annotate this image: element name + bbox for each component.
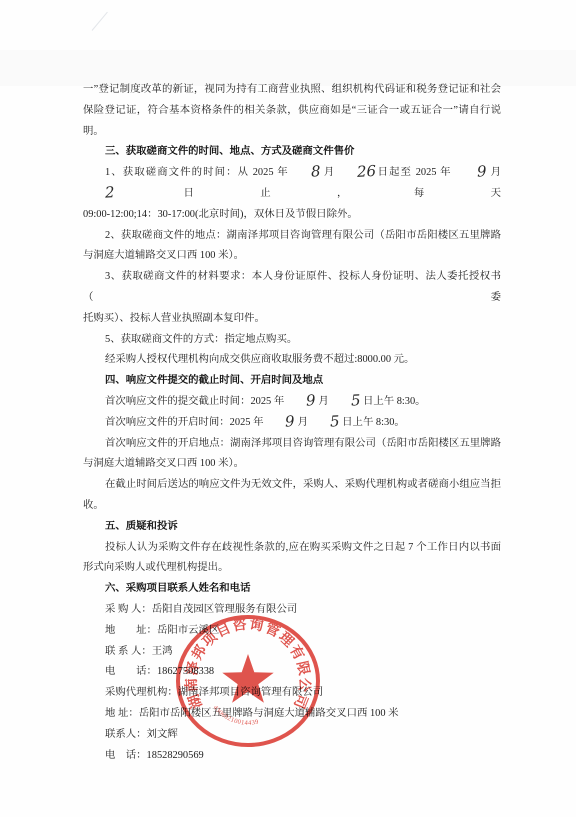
text-line: 首次响应文件的提交截止时间：2025 年9 月5 日上午 8:30。 bbox=[83, 392, 501, 413]
print-text: 日止，每天 bbox=[115, 188, 501, 199]
heading-line: 五、质疑和投诉 bbox=[83, 517, 501, 538]
print-text: 采 购 人：岳阳自茂园区管理服务有限公司 bbox=[105, 604, 297, 615]
print-text: 四、响应文件提交的截止时间、开启时间及地点 bbox=[105, 375, 323, 386]
print-text: 5、获取磋商文件的方式：指定地点购买。 bbox=[105, 334, 297, 345]
print-text: 地 址：岳阳市云溪区 bbox=[105, 625, 219, 636]
text-line: 电 话：18528290569 bbox=[83, 746, 501, 767]
print-text: 经采购人授权代理机构向成交供应商收取服务费不超过:8000.00 元。 bbox=[105, 354, 414, 365]
text-line: 5、获取磋商文件的方式：指定地点购买。 bbox=[83, 330, 501, 351]
text-line: 首次响应文件的开启地点：湖南泽邦项目咨询管理有限公司（岳阳市岳阳楼区五里牌路 bbox=[83, 434, 501, 455]
text-line: 一”登记制度改革的新证，视同为持有工商营业执照、组织机构代码证和税务登记证和社会 bbox=[83, 80, 501, 101]
print-text: 09:00-12:00;14：30-17:00(北京时间)，双休日及节假日除外。 bbox=[83, 209, 358, 220]
print-text: 形式向采购人或代理机构提出。 bbox=[83, 562, 228, 573]
print-text: 明。 bbox=[83, 126, 104, 137]
print-text: 投标人认为采购文件存在歧视性条款的,应在购买采购文件之日起 7 个工作日内以书面 bbox=[105, 542, 501, 553]
text-line: 保险登记证，符合基本资格条件的相关条款，供应商如是“三证合一或五证合一”请自行说 bbox=[83, 101, 501, 122]
print-text: 联系人：刘文辉 bbox=[105, 729, 178, 740]
text-line: 3、获取磋商文件的材料要求：本人身份证原件、投标人身份证明、法人委托授权书（委 bbox=[83, 267, 501, 309]
print-text: 首次响应文件的开启地点：湖南泽邦项目咨询管理有限公司（岳阳市岳阳楼区五里牌路 bbox=[105, 438, 501, 449]
handwritten-date: 5 bbox=[308, 416, 340, 428]
print-text: 日上午 8:30。 bbox=[340, 417, 405, 428]
text-line: 与洞庭大道辅路交叉口西 100 米）。 bbox=[83, 454, 501, 475]
text-line: 地 址：岳阳市岳阳楼区五里牌路与洞庭大道辅路交叉口西 100 米 bbox=[83, 704, 501, 725]
text-line: 09:00-12:00;14：30-17:00(北京时间)，双休日及节假日除外。 bbox=[83, 205, 501, 226]
print-text: 与洞庭大道辅路交叉口西 100 米）。 bbox=[83, 458, 244, 469]
text-line: 与洞庭大道辅路交叉口西 100 米）。 bbox=[83, 246, 501, 267]
print-text: 月 bbox=[295, 417, 308, 428]
handwritten-date: 5 bbox=[329, 395, 361, 407]
handwritten-date: 8 bbox=[288, 166, 320, 178]
text-line: 采 购 人：岳阳自茂园区管理服务有限公司 bbox=[83, 600, 501, 621]
print-text: 五、质疑和投诉 bbox=[105, 521, 178, 532]
heading-line: 三、获取磋商文件的时间、地点、方式及磋商文件售价 bbox=[83, 142, 501, 163]
print-text: 月 bbox=[320, 167, 335, 178]
print-text: 电 话：18627508338 bbox=[105, 666, 214, 677]
handwritten-date: 26 bbox=[335, 166, 377, 178]
handwritten-date: 9 bbox=[263, 416, 295, 428]
print-text: 1、获取磋商文件的时间：从 2025 年 bbox=[105, 167, 289, 178]
pen-mark bbox=[92, 12, 108, 31]
print-text: 一”登记制度改革的新证，视同为持有工商营业执照、组织机构代码证和税务登记证和社会 bbox=[83, 84, 501, 95]
print-text: 地 址：岳阳市岳阳楼区五里牌路与洞庭大道辅路交叉口西 100 米 bbox=[105, 708, 399, 719]
print-text: 托购买）、投标人营业执照副本复印件。 bbox=[83, 313, 265, 324]
text-line: 托购买）、投标人营业执照副本复印件。 bbox=[83, 309, 501, 330]
text-line: 经采购人授权代理机构向成交供应商收取服务费不超过:8000.00 元。 bbox=[83, 350, 501, 371]
print-text: 六、采购项目联系人姓名和电话 bbox=[105, 583, 250, 594]
text-line: 首次响应文件的开启时间：2025 年9 月5 日上午 8:30。 bbox=[83, 413, 501, 434]
print-text: 首次响应文件的提交截止时间：2025 年 bbox=[105, 396, 284, 407]
print-text: 收。 bbox=[83, 500, 104, 511]
text-line: 1、获取磋商文件的时间：从 2025 年8 月26日起至 2025 年 9 月 … bbox=[83, 163, 501, 205]
print-text: 月 bbox=[316, 396, 329, 407]
text-line: 采购代理机构：湖南泽邦项目咨询管理有限公司 bbox=[83, 683, 501, 704]
print-text: 电 话：18528290569 bbox=[105, 750, 204, 761]
handwritten-date: 9 bbox=[284, 395, 316, 407]
print-text: 与洞庭大道辅路交叉口西 100 米）。 bbox=[83, 250, 244, 261]
text-line: 2、获取磋商文件的地点：湖南泽邦项目咨询管理有限公司（岳阳市岳阳楼区五里牌路 bbox=[83, 226, 501, 247]
handwritten-date: 2 bbox=[83, 187, 115, 199]
text-line: 明。 bbox=[83, 122, 501, 143]
document-page: 一”登记制度改革的新证，视同为持有工商营业执照、组织机构代码证和税务登记证和社会… bbox=[0, 0, 576, 817]
text-line: 电 话：18627508338 bbox=[83, 662, 501, 683]
print-text: 3、获取磋商文件的材料要求：本人身份证原件、投标人身份证明、法人委托授权书（委 bbox=[83, 271, 501, 303]
print-text: 月 bbox=[487, 167, 504, 178]
print-text: 首次响应文件的开启时间：2025 年 bbox=[105, 417, 263, 428]
handwritten-date: 9 bbox=[455, 166, 487, 178]
text-line: 收。 bbox=[83, 496, 501, 517]
text-line: 联 系 人：王鸿 bbox=[83, 642, 501, 663]
text-line: 形式向采购人或代理机构提出。 bbox=[83, 558, 501, 579]
print-text: 在截止时间后送达的响应文件为无效文件，采购人、采购代理机构或者磋商小组应当拒 bbox=[105, 479, 501, 490]
text-line: 联系人：刘文辉 bbox=[83, 725, 501, 746]
text-line: 地 址：岳阳市云溪区 bbox=[83, 621, 501, 642]
print-text: 日起至 2025 年 bbox=[377, 167, 456, 178]
print-text: 2、获取磋商文件的地点：湖南泽邦项目咨询管理有限公司（岳阳市岳阳楼区五里牌路 bbox=[105, 230, 501, 241]
print-text: 保险登记证，符合基本资格条件的相关条款，供应商如是“三证合一或五证合一”请自行说 bbox=[83, 105, 501, 116]
print-text: 采购代理机构：湖南泽邦项目咨询管理有限公司 bbox=[105, 687, 323, 698]
heading-line: 四、响应文件提交的截止时间、开启时间及地点 bbox=[83, 371, 501, 392]
print-text: 三、获取磋商文件的时间、地点、方式及磋商文件售价 bbox=[105, 146, 354, 157]
heading-line: 六、采购项目联系人姓名和电话 bbox=[83, 579, 501, 600]
text-line: 投标人认为采购文件存在歧视性条款的,应在购买采购文件之日起 7 个工作日内以书面 bbox=[83, 538, 501, 559]
print-text: 日上午 8:30。 bbox=[360, 396, 425, 407]
text-line: 在截止时间后送达的响应文件为无效文件，采购人、采购代理机构或者磋商小组应当拒 bbox=[83, 475, 501, 496]
print-text: 联 系 人：王鸿 bbox=[105, 646, 173, 657]
document-body: 一”登记制度改革的新证，视同为持有工商营业执照、组织机构代码证和税务登记证和社会… bbox=[83, 80, 501, 766]
